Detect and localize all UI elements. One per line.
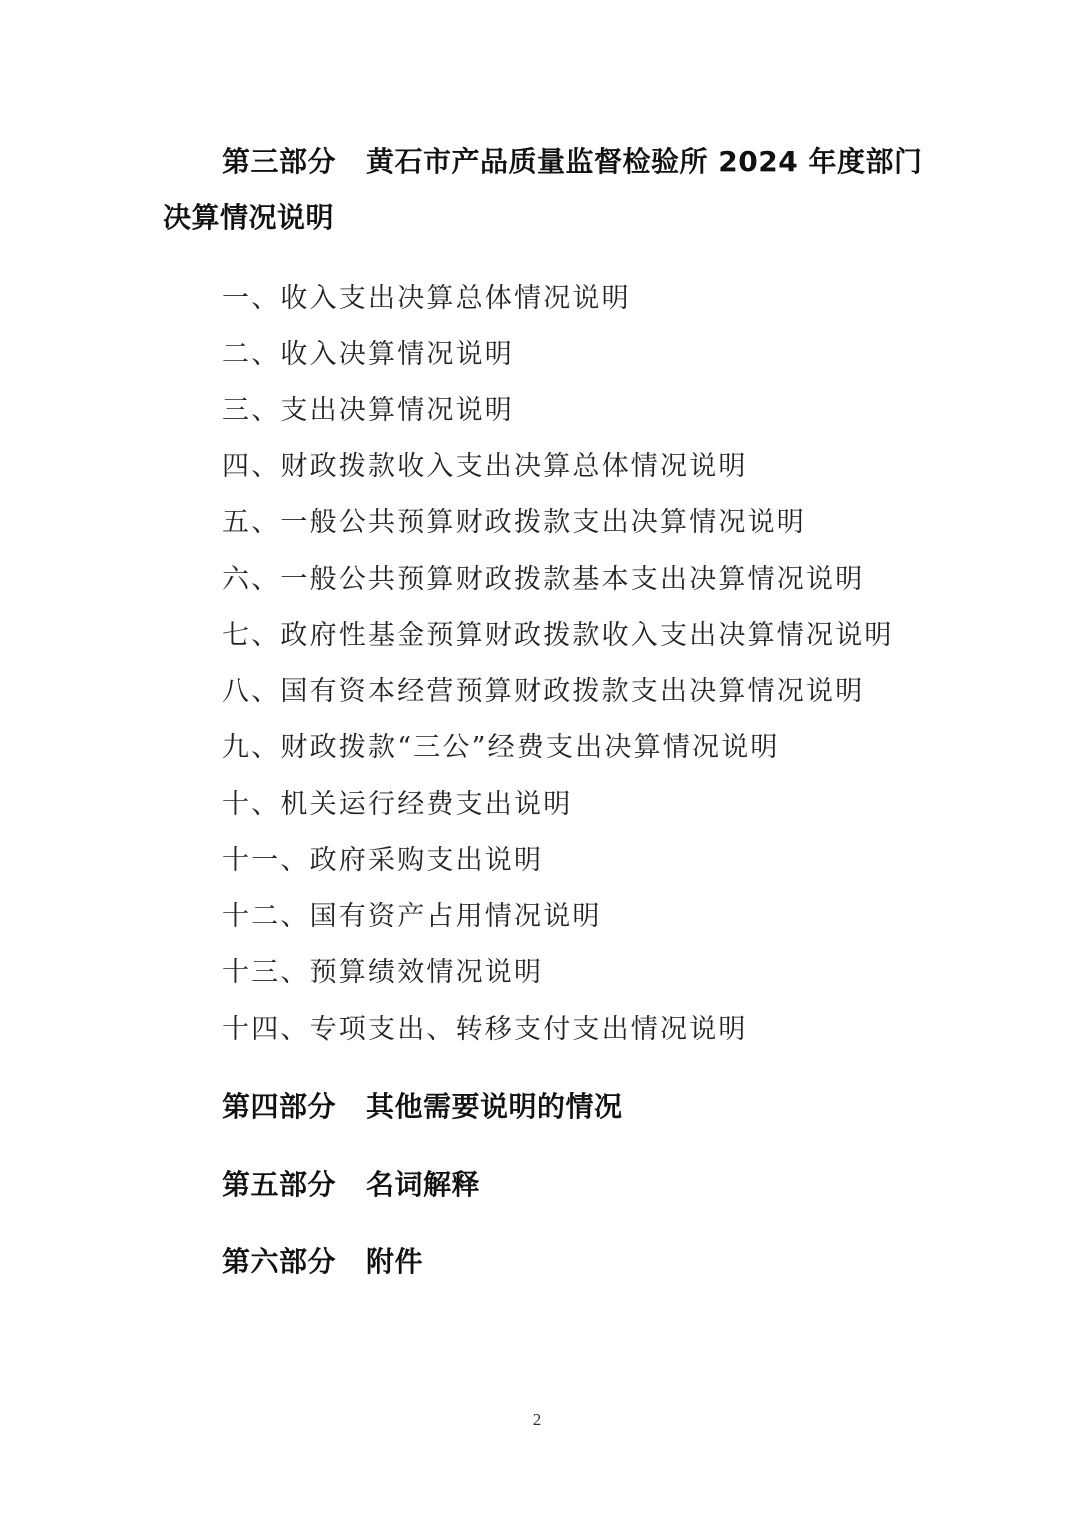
toc-item-2: 二、收入决算情况说明 <box>222 332 514 371</box>
toc-item-6: 六、一般公共预算财政拨款基本支出决算情况说明 <box>222 557 864 596</box>
part3-title-line2: 决算情况说明 <box>163 201 334 234</box>
toc-item-4: 四、财政拨款收入支出决算总体情况说明 <box>222 444 748 483</box>
page-number: 2 <box>0 1410 1074 1430</box>
part6-title: 附件 <box>366 1245 423 1278</box>
part4-label: 第四部分 <box>222 1090 336 1123</box>
toc-item-5: 五、一般公共预算财政拨款支出决算情况说明 <box>222 500 806 539</box>
toc-item-10: 十、机关运行经费支出说明 <box>222 782 572 821</box>
part3-heading-continued: 决算情况说明 <box>163 196 334 236</box>
part6-heading: 第六部分附件 <box>222 1240 423 1280</box>
part5-title: 名词解释 <box>366 1168 480 1201</box>
toc-item-9: 九、财政拨款“三公”经费支出决算情况说明 <box>222 725 780 764</box>
toc-item-7: 七、政府性基金预算财政拨款收入支出决算情况说明 <box>222 613 894 652</box>
toc-item-8: 八、国有资本经营预算财政拨款支出决算情况说明 <box>222 669 864 708</box>
part5-heading: 第五部分名词解释 <box>222 1163 480 1203</box>
part6-label: 第六部分 <box>222 1245 336 1278</box>
toc-item-11: 十一、政府采购支出说明 <box>222 838 543 877</box>
part3-title-line1: 黄石市产品质量监督检验所 2024 年度部门 <box>366 145 922 178</box>
toc-item-1: 一、收入支出决算总体情况说明 <box>222 276 631 315</box>
part4-title: 其他需要说明的情况 <box>366 1090 623 1123</box>
part3-label: 第三部分 <box>222 145 336 178</box>
part5-label: 第五部分 <box>222 1168 336 1201</box>
toc-item-14: 十四、专项支出、转移支付支出情况说明 <box>222 1007 748 1046</box>
toc-item-13: 十三、预算绩效情况说明 <box>222 950 543 989</box>
part3-heading: 第三部分黄石市产品质量监督检验所 2024 年度部门 <box>222 140 922 180</box>
part4-heading: 第四部分其他需要说明的情况 <box>222 1085 623 1125</box>
toc-item-12: 十二、国有资产占用情况说明 <box>222 894 602 933</box>
toc-item-3: 三、支出决算情况说明 <box>222 388 514 427</box>
document-page: 第三部分黄石市产品质量监督检验所 2024 年度部门 决算情况说明 一、收入支出… <box>0 0 1074 1520</box>
